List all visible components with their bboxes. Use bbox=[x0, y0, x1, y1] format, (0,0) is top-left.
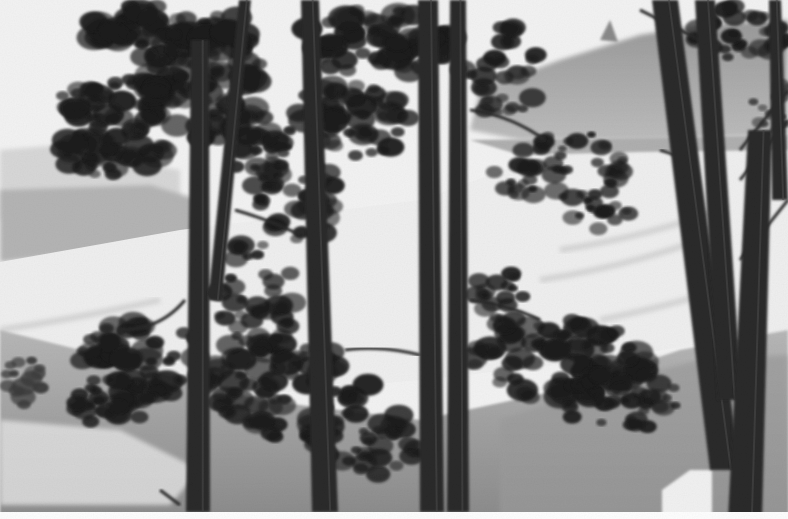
pine-landscape-photo bbox=[0, 0, 788, 519]
photograph bbox=[0, 0, 788, 519]
